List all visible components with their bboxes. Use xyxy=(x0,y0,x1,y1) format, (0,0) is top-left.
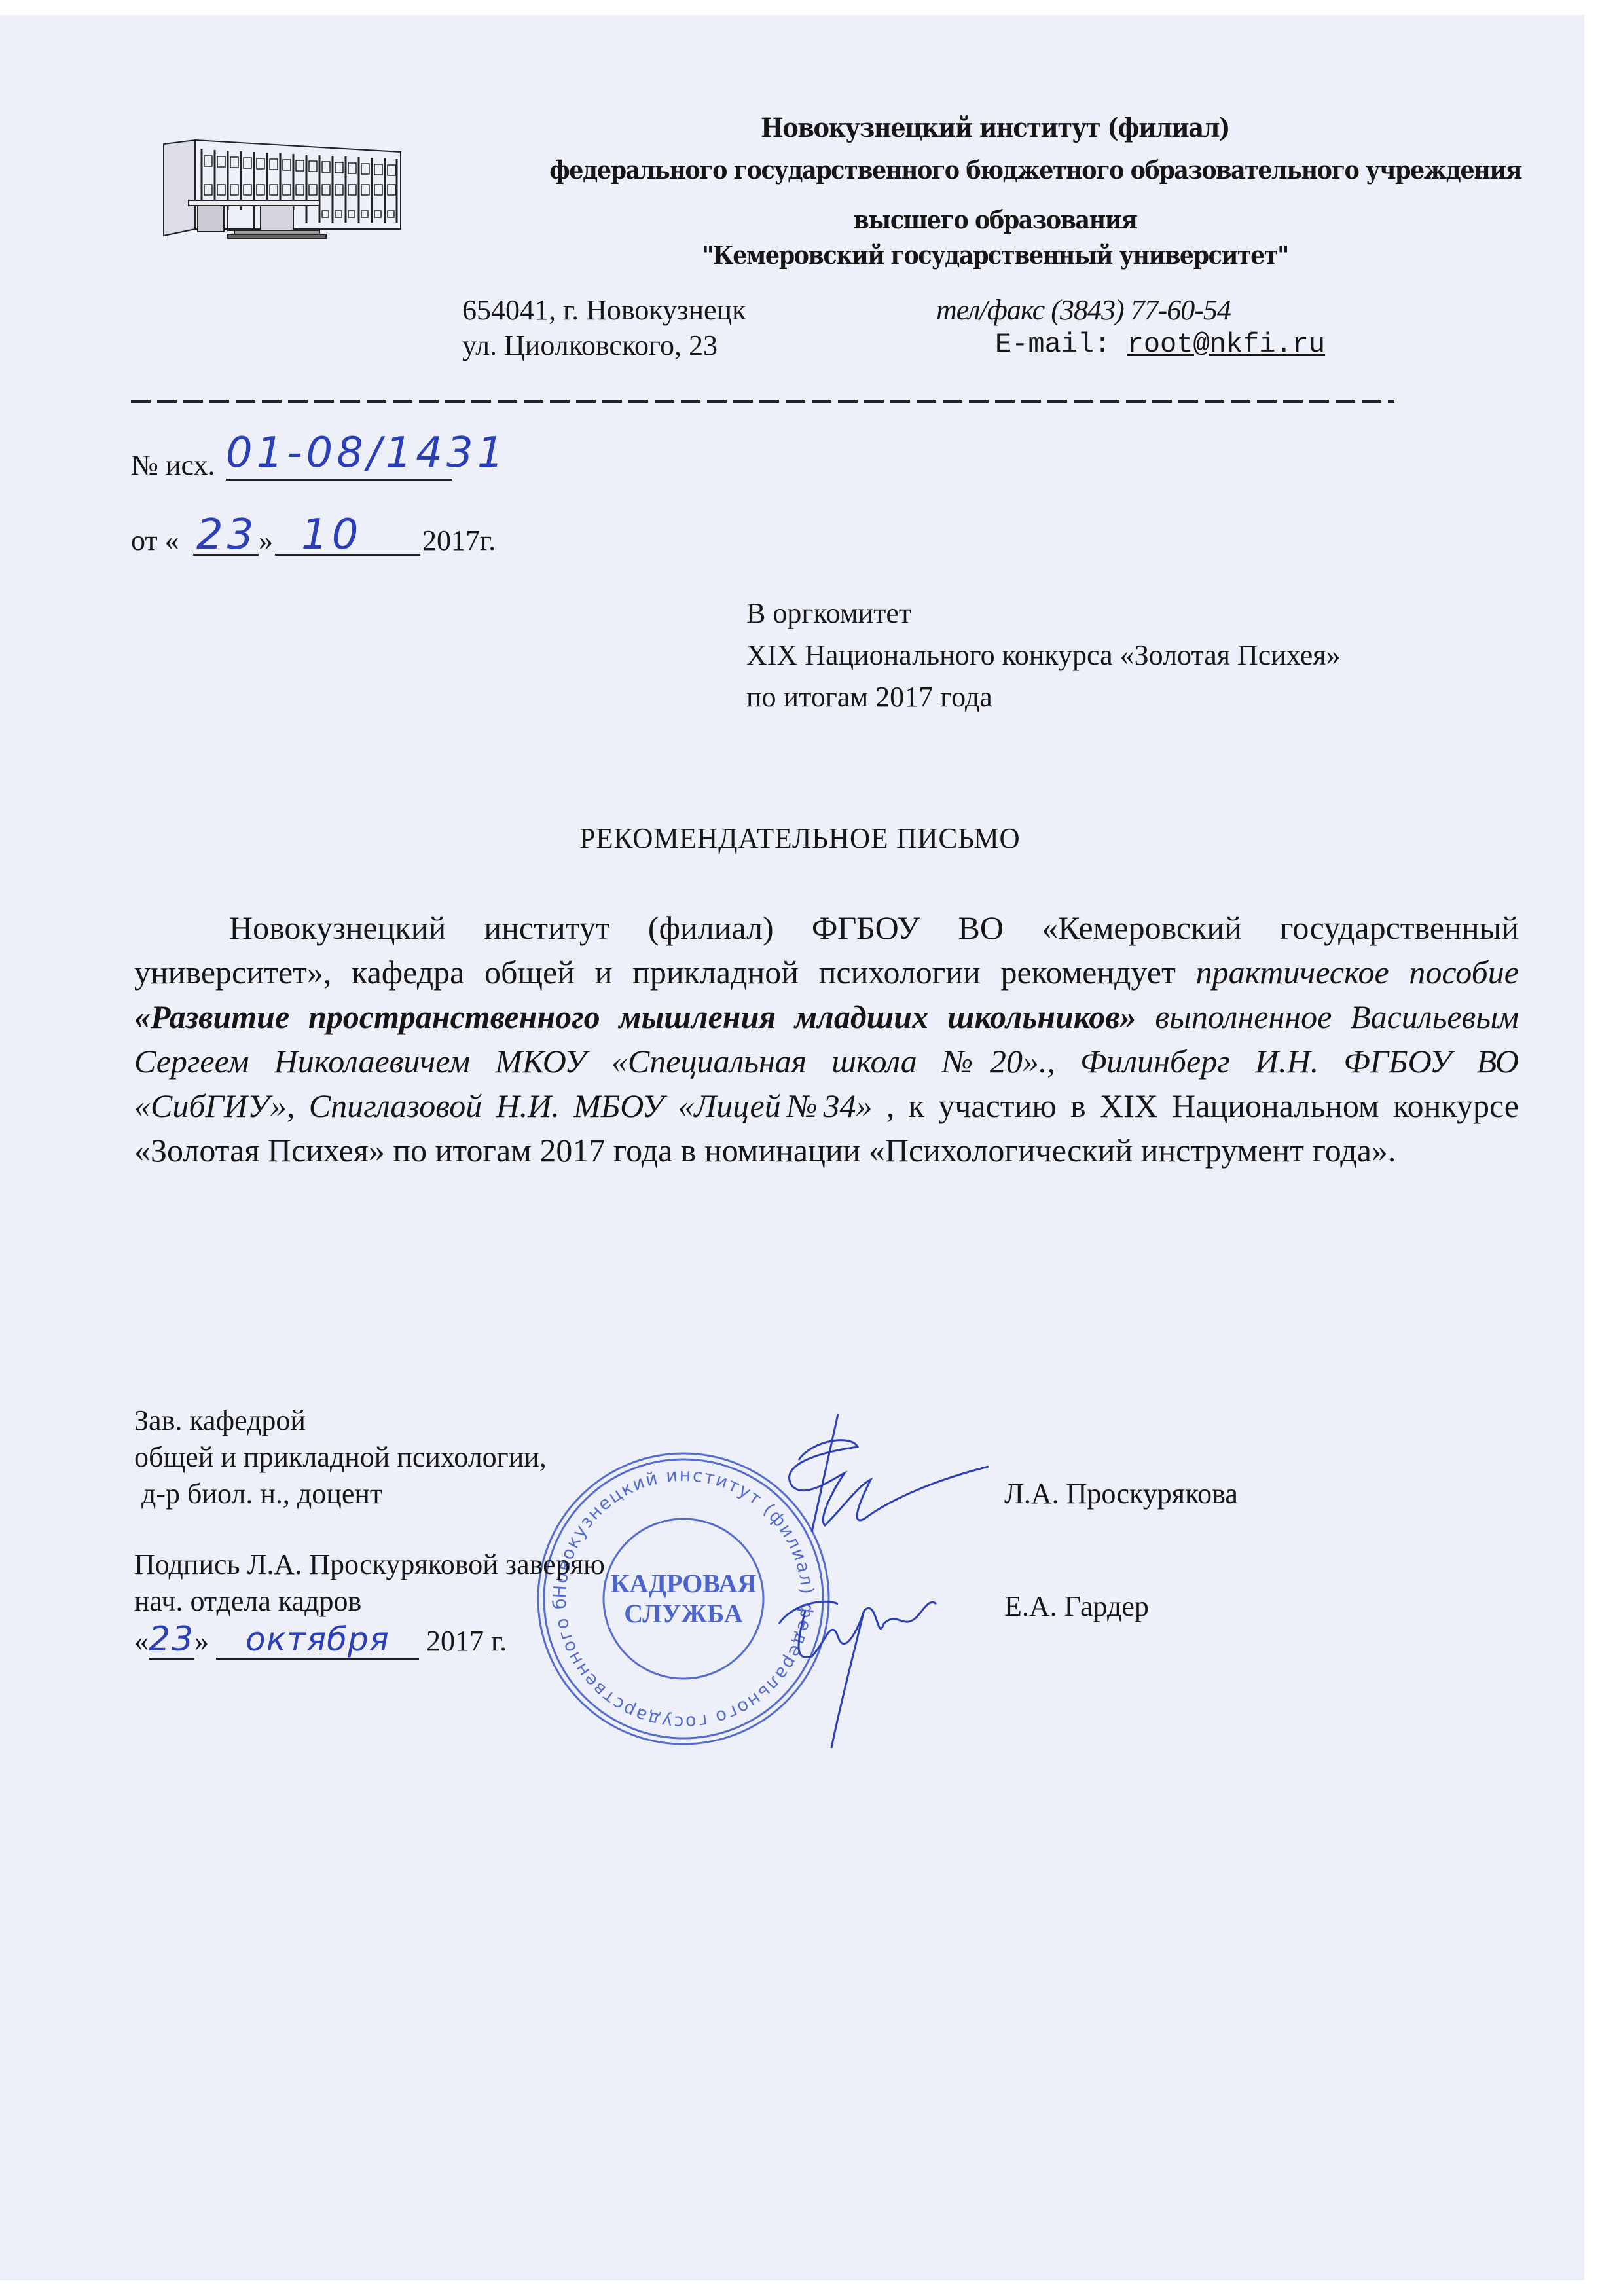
outgoing-number-underline xyxy=(226,479,452,481)
building-logo-icon xyxy=(162,137,402,241)
hr-date-close: » xyxy=(194,1625,216,1657)
email-link[interactable]: root@nkfi.ru xyxy=(1127,329,1325,360)
letter-body: Новокузнецкий институт (филиал) ФГБОУ ВО… xyxy=(134,905,1519,1173)
outgoing-number-label: № исх. xyxy=(131,448,215,482)
outgoing-number-handwritten: 01-08/1431 xyxy=(226,429,507,477)
email-label: E-mail: xyxy=(995,329,1127,360)
date-prefix: от « xyxy=(131,524,179,557)
head-signature-icon xyxy=(773,1408,1008,1539)
head-signatory-name: Л.А. Проскурякова xyxy=(1004,1476,1238,1512)
date-year: 2017г. xyxy=(422,524,496,557)
email-row: E-mail: root@nkfi.ru xyxy=(995,329,1325,360)
hr-date-year: 2017 г. xyxy=(419,1625,507,1657)
head-title-line: Зав. кафедрой xyxy=(134,1402,547,1439)
hr-certification: Подпись Л.А. Проскуряковой заверяю нач. … xyxy=(134,1546,605,1620)
institution-level: высшего образования xyxy=(549,205,1441,234)
address-city: 654041, г. Новокузнецк xyxy=(462,293,746,327)
date-mid: » xyxy=(259,524,273,557)
institution-name: Новокузнецкий институт (филиал) xyxy=(549,113,1441,143)
head-signatory-title: Зав. кафедрой общей и прикладной психоло… xyxy=(134,1402,547,1512)
hr-signatory-name: Е.А. Гардер xyxy=(1004,1588,1149,1625)
head-title-line: общей и прикладной психологии, xyxy=(134,1439,547,1476)
addressee-line: В оргкомитет xyxy=(746,592,1341,634)
body-work-type: практическое пособие xyxy=(1196,954,1519,991)
address-street: ул. Циолковского, 23 xyxy=(462,329,718,362)
header-divider xyxy=(131,400,1394,403)
hr-date-open: « xyxy=(134,1625,149,1657)
university-name: "Кемеровский государственный университет… xyxy=(549,240,1441,270)
body-work-title: «Развитие пространственного мышления мла… xyxy=(134,998,1136,1035)
date-month-handwritten: 10 xyxy=(301,511,362,559)
institution-parent: федерального государственного бюджетного… xyxy=(549,155,1441,185)
addressee-line: XIX Национального конкурса «Золотая Псих… xyxy=(746,634,1341,676)
svg-text:СЛУЖБА: СЛУЖБА xyxy=(624,1599,743,1628)
letter-title: РЕКОМЕНДАТЕЛЬНОЕ ПИСЬМО xyxy=(16,822,1584,855)
hr-date-row: «23» октября 2017 г. xyxy=(134,1621,507,1660)
phone-fax: тел/факс (3843) 77-60-54 xyxy=(936,293,1231,327)
hr-date-day: 23 xyxy=(149,1621,194,1660)
hr-signature-icon xyxy=(766,1558,949,1755)
addressee-line: по итогам 2017 года xyxy=(746,676,1341,718)
hr-line: нач. отдела кадров xyxy=(134,1583,605,1620)
svg-text:КАДРОВАЯ: КАДРОВАЯ xyxy=(611,1569,757,1598)
addressee-block: В оргкомитет XIX Национального конкурса … xyxy=(746,592,1341,718)
hr-line: Подпись Л.А. Проскуряковой заверяю xyxy=(134,1546,605,1583)
date-day-handwritten: 23 xyxy=(196,511,257,559)
head-title-line: д-р биол. н., доцент xyxy=(134,1476,547,1512)
hr-date-month: октября xyxy=(216,1621,419,1660)
